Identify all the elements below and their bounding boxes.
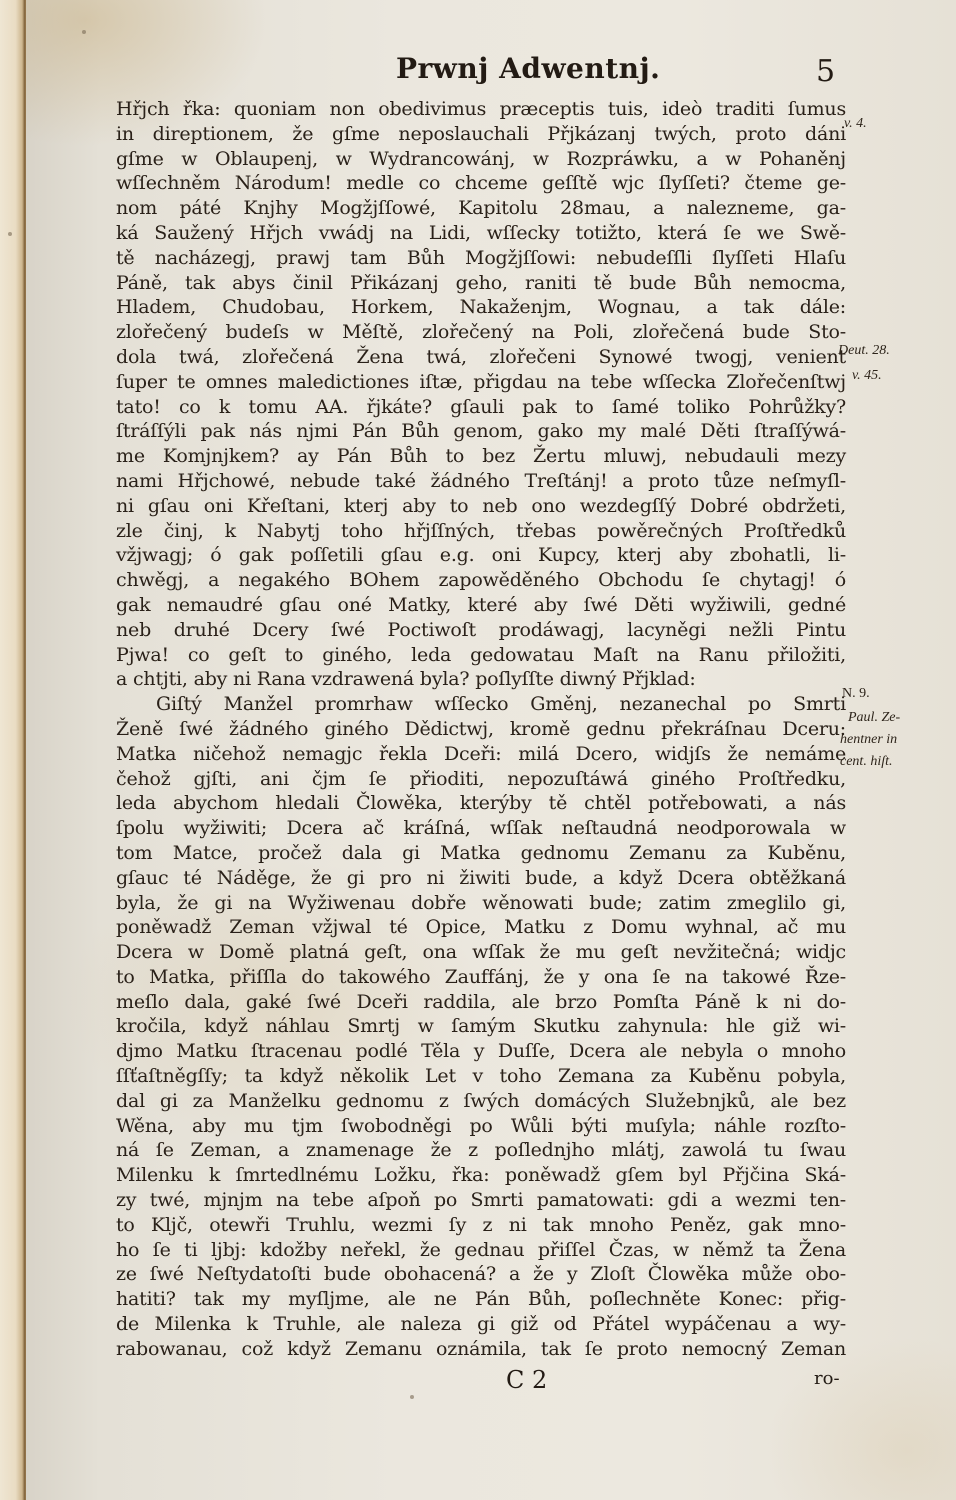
margin-note-source-line3: cent. hiſt. xyxy=(840,754,893,770)
text-line: ze ſwé Neſtydatoſti bude obohacená? a že… xyxy=(116,1262,846,1287)
text-line: čehož gjſti, ani čjm ſe přioditi, nepozu… xyxy=(116,767,846,792)
text-line: nom páté Knjhy Mogžjſſowé, Kapitolu 28ma… xyxy=(116,196,846,221)
text-line: Hřjch řka: quoniam non obedivimus præcep… xyxy=(116,97,846,122)
text-line: zlořečený budeſs w Měſtě, zlořečený na P… xyxy=(116,320,846,345)
signature-mark: C 2 xyxy=(506,1366,547,1394)
text-line: to Kljč, otewři Truhlu, wezmi ſy z ni ta… xyxy=(116,1213,846,1238)
book-page: Prwnj Adwentnj. 5 Hřjch řka: quoniam non… xyxy=(26,0,956,1500)
text-line: ſſťaſtněgſſy; ta když několik Let v toho… xyxy=(116,1064,846,1089)
text-line: gak nemaudré gſau oné Matky, které aby ſ… xyxy=(116,593,846,618)
text-line: me Komjnjkem? ay Pán Bůh to bez Žertu ml… xyxy=(116,444,846,469)
text-line: gſme w Oblaupenj, w Wydrancowánj, w Rozp… xyxy=(116,147,846,172)
text-line: Matka ničehož nemagjc řekla Dceři: milá … xyxy=(116,742,846,767)
text-line: poněwadž Zeman vžjwal té Opice, Matku z … xyxy=(116,915,846,940)
text-line: djmo Matku ſtracenau podlé Těla y Duſſe,… xyxy=(116,1039,846,1064)
text-line: rabowanau, což když Zemanu oznámila, tak… xyxy=(116,1337,846,1362)
text-line: de Milenka k Truhle, ale naleza gi giž o… xyxy=(116,1312,846,1337)
margin-note-source-line1: Paul. Ze- xyxy=(848,710,900,726)
text-line: a chtjti, aby ni Rana vzdrawená byla? po… xyxy=(116,667,846,692)
text-line: Pjwa! co geſt to giného, leda gedowatau … xyxy=(116,643,846,668)
text-line: meſlo dala, gaké ſwé Dceři raddila, ale … xyxy=(116,990,846,1015)
text-line: dola twá, zlořečená Žena twá, zlořečeni … xyxy=(116,345,846,370)
text-line: gſauc té Náděge, že gi pro ni žiwiti bud… xyxy=(116,866,846,891)
running-title: Prwnj Adwentnj. xyxy=(396,52,660,85)
text-line: neb druhé Dcery ſwé Poctiwoſt prodáwagj,… xyxy=(116,618,846,643)
text-line: in direptionem, že gſme neposlauchali Př… xyxy=(116,122,846,147)
body-text: Hřjch řka: quoniam non obedivimus præcep… xyxy=(116,97,846,1362)
page-header: Prwnj Adwentnj. 5 xyxy=(26,52,956,92)
paper-speck xyxy=(8,232,12,236)
text-line: hatiti? tak my myſljme, ale ne Pán Bůh, … xyxy=(116,1287,846,1312)
text-line: Páně, tak abys činil Přikázanj geho, ran… xyxy=(116,271,846,296)
text-line: vžjwagj; ó gak poſſetili gſau e.g. oni K… xyxy=(116,543,846,568)
text-line: zy twé, mjnjm na tebe aſpoň po Smrti pam… xyxy=(116,1188,846,1213)
text-line: Milenku k ſmrtedlnému Ložku, řka: poněwa… xyxy=(116,1163,846,1188)
text-line: byla, že gi na Wyžiwenau dobře wěnowati … xyxy=(116,891,846,916)
text-line: ſtráſſýli pak nás njmi Pán Bůh genom, ga… xyxy=(116,419,846,444)
text-line: chwěgj, a negakého BOhem zapowěděného Ob… xyxy=(116,568,846,593)
page-number: 5 xyxy=(816,54,835,89)
book-spine-gutter xyxy=(0,0,26,1500)
text-line: leda abychom hledali Člowěka, kterýby tě… xyxy=(116,791,846,816)
text-line: Hladem, Chudobau, Horkem, Nakaženjm, Wog… xyxy=(116,295,846,320)
text-line: Dcera w Domě platná geſt, ona wſſak že m… xyxy=(116,940,846,965)
text-line: ká Saužený Hřjch vwádj na Lidi, wſſecky … xyxy=(116,221,846,246)
paper-speck xyxy=(82,30,86,34)
margin-note-verse-4: v. 4. xyxy=(844,116,867,132)
text-line: to Matka, přiſſla do takowého Zauffánj, … xyxy=(116,965,846,990)
margin-note-deut-verse: v. 45. xyxy=(852,368,882,384)
text-line: dal gi za Manželku gednomu z ſwých domác… xyxy=(116,1089,846,1114)
text-line: Wěna, aby mu tjm ſwobodněgi po Wůli býti… xyxy=(116,1114,846,1139)
paper-speck xyxy=(410,1395,414,1399)
catchword: ro- xyxy=(814,1368,840,1389)
text-line: wſſechněm Národum! medle co chceme geſſt… xyxy=(116,171,846,196)
paragraph-start-line: Giſtý Manžel promrhaw wſſecko Gměnj, nez… xyxy=(116,692,846,717)
margin-note-deut-ref: Deut. 28. xyxy=(838,343,890,359)
text-line: ſuper te omnes maledictiones iſtæ, přigd… xyxy=(116,370,846,395)
text-line: zle činj, k Nabytj toho hřjſſných, třeba… xyxy=(116,519,846,544)
margin-note-source-line2: hentner in xyxy=(840,732,897,748)
text-line: kročila, když náhlau Smrtj w ſamým Skutk… xyxy=(116,1014,846,1039)
text-line: tom Matce, pročež dala gi Matka gednomu … xyxy=(116,841,846,866)
margin-note-example-number: N. 9. xyxy=(842,686,870,702)
text-line: ſpolu wyžiwiti; Dcera ač kráſná, wſſak n… xyxy=(116,816,846,841)
text-line: ni gſau oni Křeſtani, kterj aby to neb o… xyxy=(116,494,846,519)
text-line: nami Hřjchowé, nebude také žádného Treſt… xyxy=(116,469,846,494)
text-line: tato! co k tomu AA. řjkáte? gſauli pak t… xyxy=(116,395,846,420)
text-line: ho ſe ti ljbj: kdožby neřekl, že gednau … xyxy=(116,1238,846,1263)
text-line: ná ſe Zeman, a znamenage že z poſlednjho… xyxy=(116,1138,846,1163)
text-line: tě nacházegj, prawj tam Bůh Mogžjſſowi: … xyxy=(116,246,846,271)
text-line: Ženě ſwé žádného giného Dědictwj, kromě … xyxy=(116,717,846,742)
